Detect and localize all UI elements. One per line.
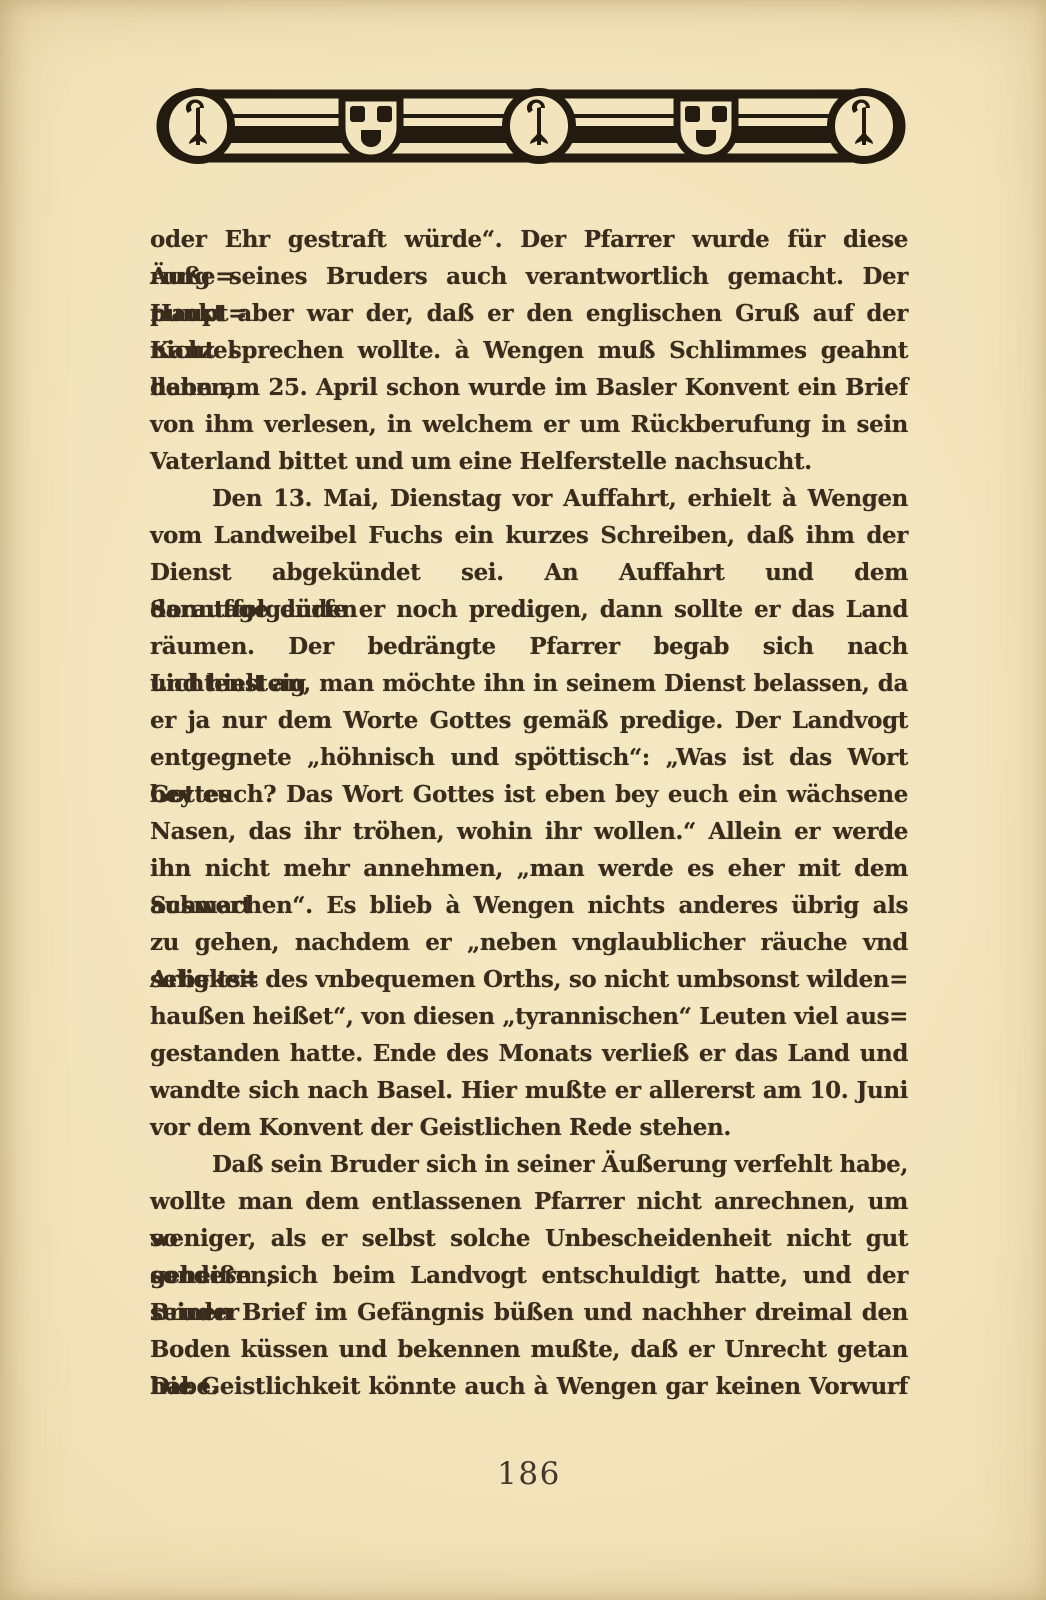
text-line: ausmachen“. Es blieb à Wengen nichts and…: [150, 887, 908, 924]
text-line: Daß sein Bruder sich in seiner Äußerung …: [150, 1146, 908, 1183]
page-number: 186: [150, 1456, 908, 1492]
basel-shield-icon: [677, 98, 735, 158]
text-line: Boden küssen und bekennen mußte, daß er …: [150, 1331, 908, 1368]
text-line: er ja nur dem Worte Gottes gemäß predige…: [150, 702, 908, 739]
text-line: sondern sich beim Landvogt entschuldigt …: [150, 1257, 908, 1294]
text-line: entgegnete „höhnisch und spöttisch“: „Wa…: [150, 739, 908, 776]
text-line: Nasen, das ihr tröhen, wohin ihr wollen.…: [150, 813, 908, 850]
text-line: wandte sich nach Basel. Hier mußte er al…: [150, 1072, 908, 1109]
text-line: zu gehen, nachdem er „neben vnglaubliche…: [150, 924, 908, 961]
text-line: Vaterland bittet und um eine Helferstell…: [150, 443, 908, 480]
text-line: nicht sprechen wollte. à Wengen muß Schl…: [150, 332, 908, 369]
basel-crozier-medallion-icon: [831, 92, 897, 160]
basel-crozier-medallion-icon: [165, 92, 231, 160]
body-text: oder Ehr gestraft würde“. Der Pfarrer wu…: [150, 221, 908, 1405]
text-line: seinen Brief im Gefängnis büßen und nach…: [150, 1294, 908, 1331]
basel-crozier-medallion-icon: [506, 92, 572, 160]
text-line: vom Landweibel Fuchs ein kurzes Schreibe…: [150, 517, 908, 554]
text-line: weniger, als er selbst solche Unbescheid…: [150, 1220, 908, 1257]
text-line: vor dem Konvent der Geistlichen Rede ste…: [150, 1109, 908, 1146]
text-line: Den 13. Mai, Dienstag vor Auffahrt, erhi…: [150, 480, 908, 517]
text-line: Sonntage dürfe er noch predigen, dann so…: [150, 591, 908, 628]
text-line: ihn nicht mehr annehmen, „man werde es e…: [150, 850, 908, 887]
text-line: wollte man dem entlassenen Pfarrer nicht…: [150, 1183, 908, 1220]
text-line: seligkeit des vnbequemen Orths, so nicht…: [150, 961, 908, 998]
text-line: Die Geistlichkeit könnte auch à Wengen g…: [150, 1368, 908, 1405]
basel-shield-icon: [342, 98, 400, 158]
text-line: denn am 25. April schon wurde im Basler …: [150, 369, 908, 406]
text-line: rung seines Bruders auch verantwortlich …: [150, 258, 908, 295]
text-line: gestanden hatte. Ende des Monats verließ…: [150, 1035, 908, 1072]
text-line: oder Ehr gestraft würde“. Der Pfarrer wu…: [150, 221, 908, 258]
text-line: räumen. Der bedrängte Pfarrer begab sich…: [150, 628, 908, 665]
header-ornament-band: [156, 82, 906, 170]
text-line: punkt aber war der, daß er den englische…: [150, 295, 908, 332]
text-line: bey euch? Das Wort Gottes ist eben bey e…: [150, 776, 908, 813]
text-line: und hielt an, man möchte ihn in seinem D…: [150, 665, 908, 702]
text-line: haußen heißet“, von diesen „tyrannischen…: [150, 998, 908, 1035]
text-line: Dienst abgekündet sei. An Auffahrt und d…: [150, 554, 908, 591]
text-line: von ihm verlesen, in welchem er um Rückb…: [150, 406, 908, 443]
